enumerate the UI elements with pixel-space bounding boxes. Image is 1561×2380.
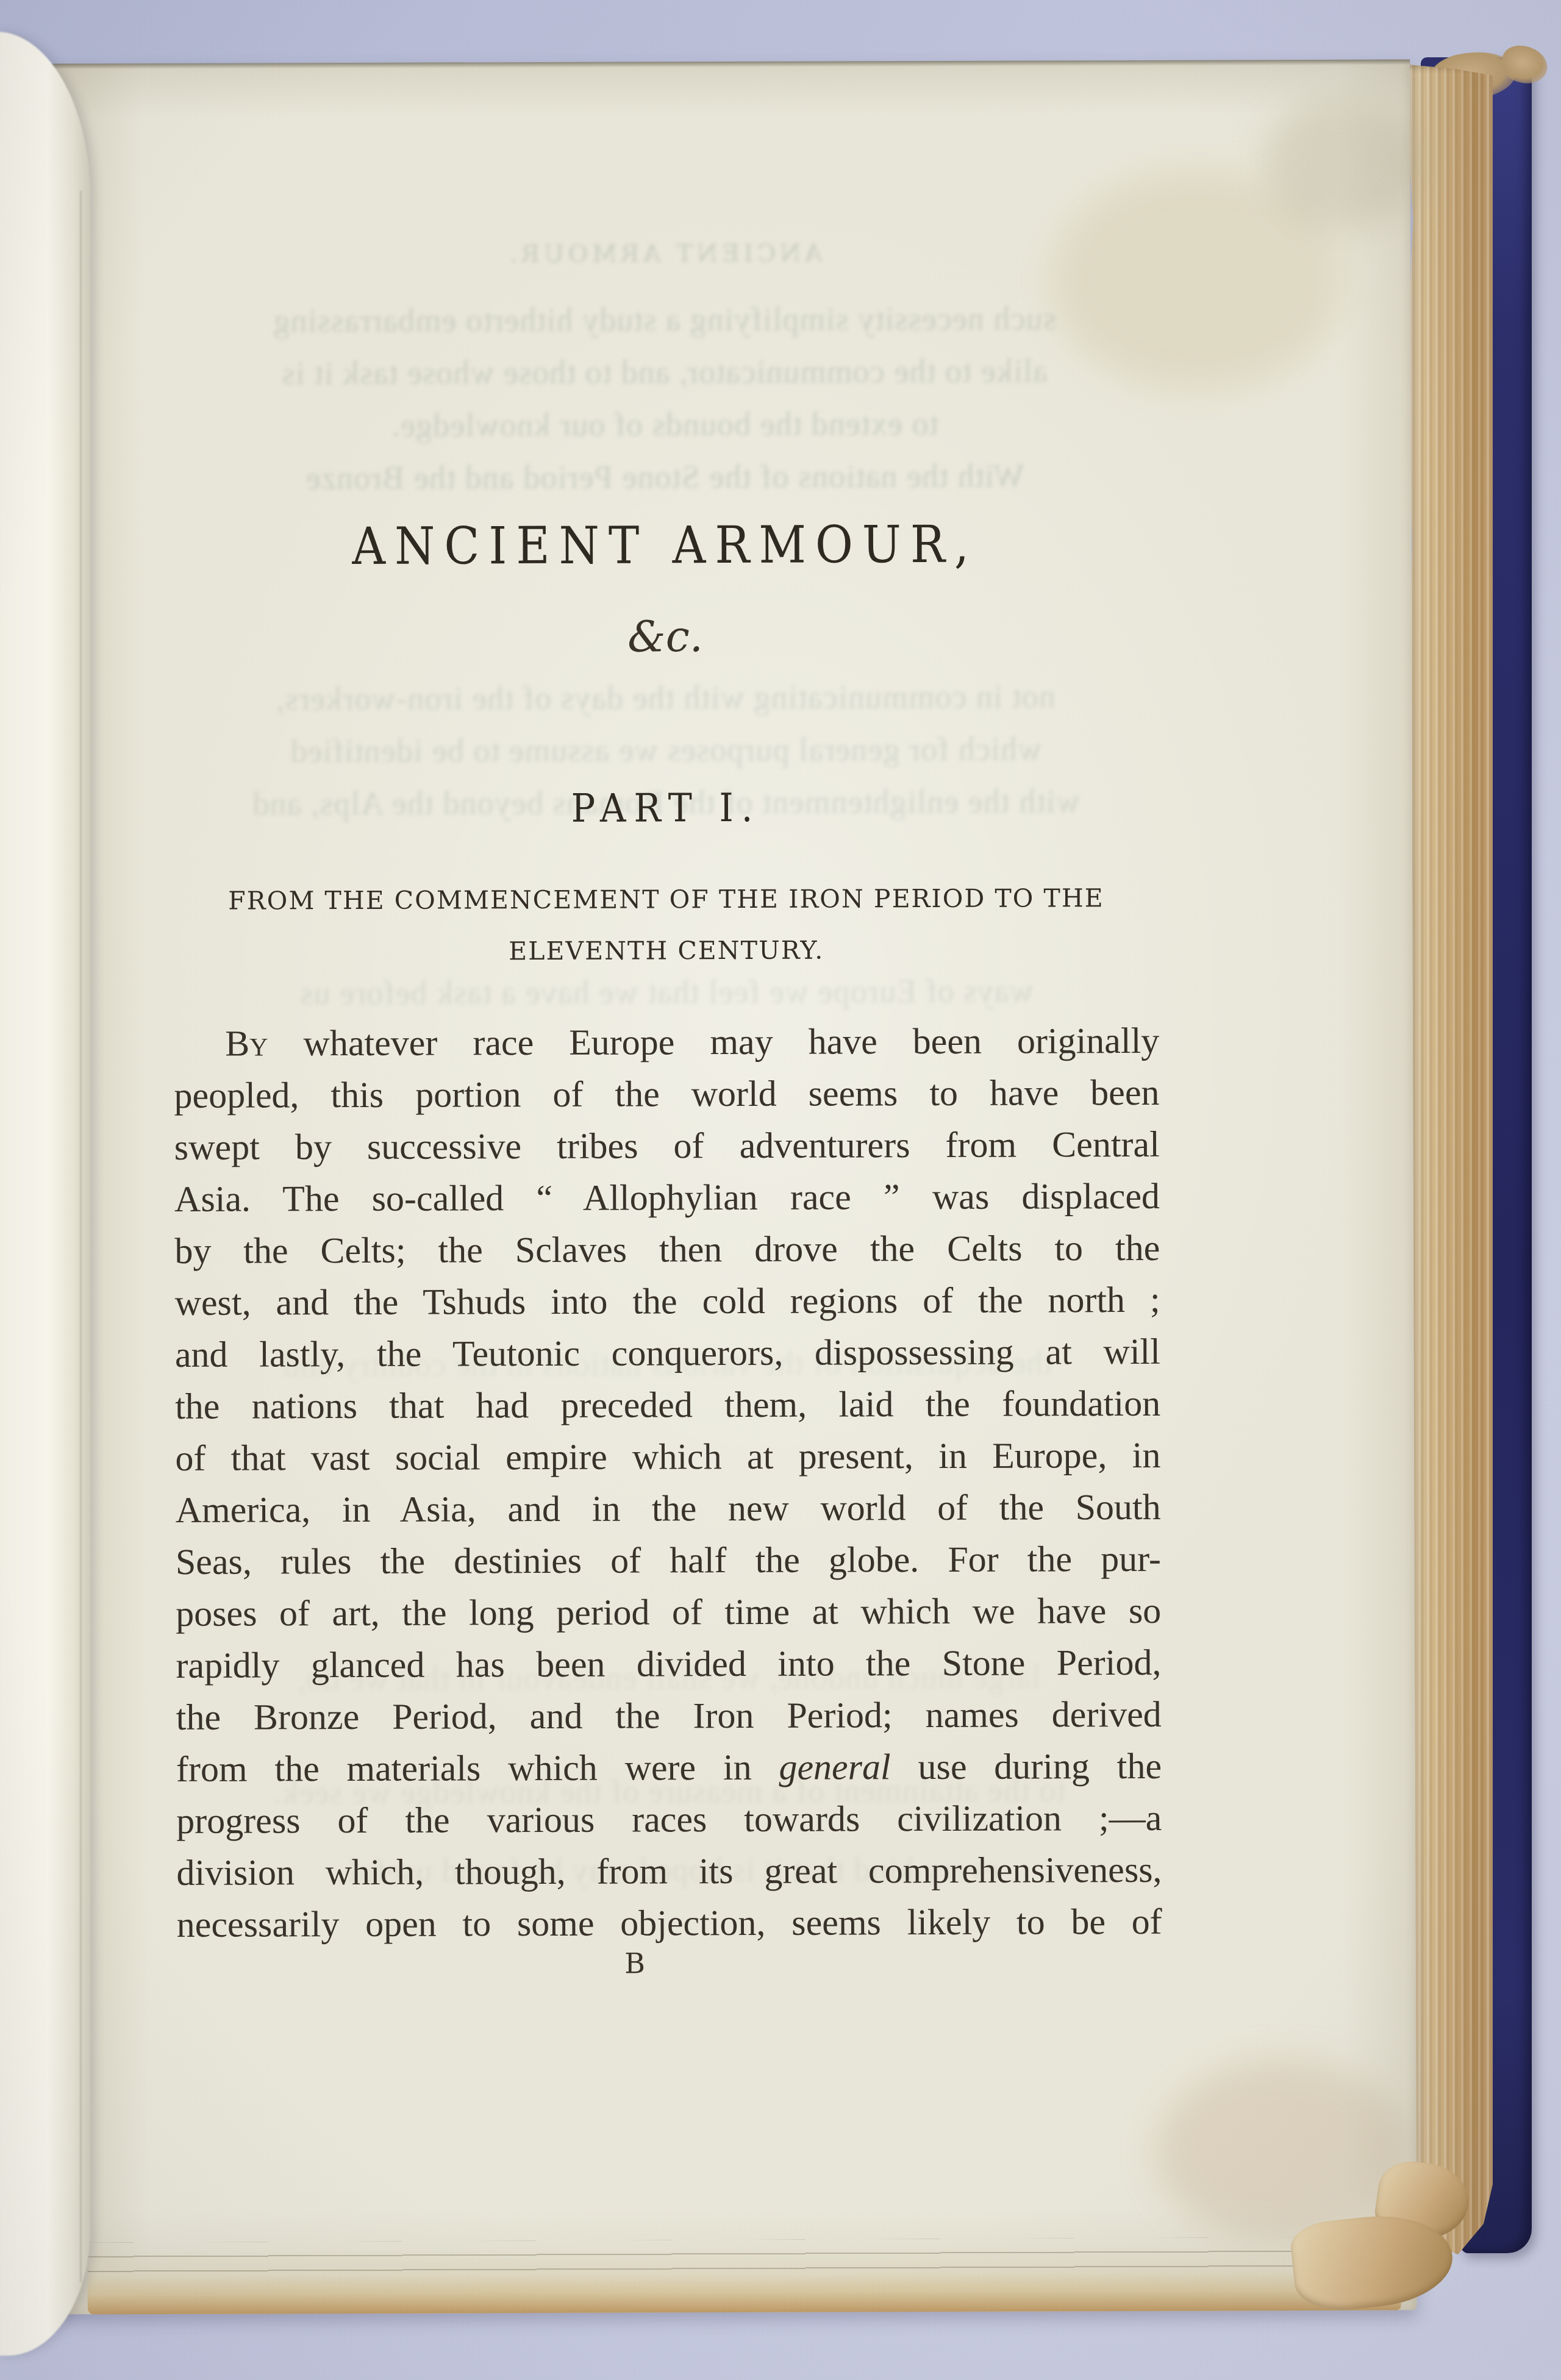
book-photograph: ANCIENT ARMOUR. such necessity simplifyi… (0, 0, 1561, 2380)
body-line: America, in Asia, and in the new world o… (176, 1481, 1161, 1536)
body-line: progress of the various races towards ci… (176, 1792, 1162, 1847)
signature-mark: B (143, 1945, 1128, 1981)
bleedthrough-line: not in communicating with the days of th… (173, 677, 1158, 718)
body-line: Seas, rules the destinies of half the gl… (176, 1533, 1161, 1588)
body-line: the Bronze Period, and the Iron Period; … (176, 1689, 1162, 1744)
title-etc-abbreviation: &c. (173, 610, 1158, 663)
body-line: the nations that had preceded them, laid… (175, 1378, 1160, 1433)
bleedthrough-line: which for general purposes we assume to … (173, 730, 1159, 771)
body-line-text: whatever race Europe may have been origi… (268, 1021, 1160, 1064)
bleedthrough-line: to extend the bounds of our knowledge. (172, 404, 1157, 445)
body-line: Asia. The so-called “ Allophylian race ”… (174, 1170, 1160, 1225)
body-line: swept by successive tribes of adventurer… (174, 1119, 1160, 1174)
bleedthrough-header: ANCIENT ARMOUR. (171, 238, 1157, 269)
bleedthrough-line: such necessity simplifying a study hithe… (171, 299, 1157, 340)
page-title: ANCIENT ARMOUR, (221, 514, 1109, 577)
body-line: peopled, this portion of the world seems… (174, 1067, 1159, 1122)
body-line: necessarily open to some objection, seem… (177, 1896, 1162, 1951)
italic-word: general (779, 1747, 890, 1787)
body-line: of that vast social empire which at pres… (175, 1430, 1160, 1484)
bleedthrough-line: With the nations of the Stone Period and… (172, 457, 1157, 497)
bleedthrough-line: ways of Europe we feel that we have a ta… (174, 972, 1159, 1013)
page-stain (1156, 2059, 1412, 2243)
body-line-text: use during the (891, 1746, 1162, 1787)
body-line: poses of art, the long period of time at… (176, 1585, 1161, 1640)
body-line: west, and the Tshuds into the cold regio… (174, 1274, 1160, 1329)
previous-page-edge (0, 32, 90, 2356)
body-line-text: from the materials which were in (176, 1747, 779, 1789)
section-heading-line1: FROM THE COMMENCEMENT OF THE IRON PERIOD… (173, 883, 1159, 916)
body-line: division which, though, from its great c… (176, 1844, 1162, 1899)
text-column: ANCIENT ARMOUR. such necessity simplifyi… (171, 60, 1163, 2314)
bleedthrough-line: alike to the communicator, and to those … (172, 352, 1157, 393)
body-line: and lastly, the Teutonic conquerors, dis… (175, 1326, 1160, 1381)
body-line: from the materials which were in general… (176, 1740, 1162, 1795)
body-line: rapidly glanced has been divided into th… (176, 1637, 1161, 1692)
paragraph-lead: By (225, 1023, 268, 1063)
part-heading: PART I. (213, 785, 1120, 833)
body-line: by the Celts; the Sclaves then drove the… (174, 1222, 1160, 1277)
body-paragraph: By whatever race Europe may have been or… (174, 1015, 1162, 1951)
body-line: By whatever race Europe may have been or… (174, 1015, 1159, 1070)
page-stain (1265, 96, 1424, 230)
book-page: ANCIENT ARMOUR. such necessity simplifyi… (51, 60, 1417, 2315)
section-heading-line2: ELEVENTH CENTURY. (174, 935, 1159, 967)
